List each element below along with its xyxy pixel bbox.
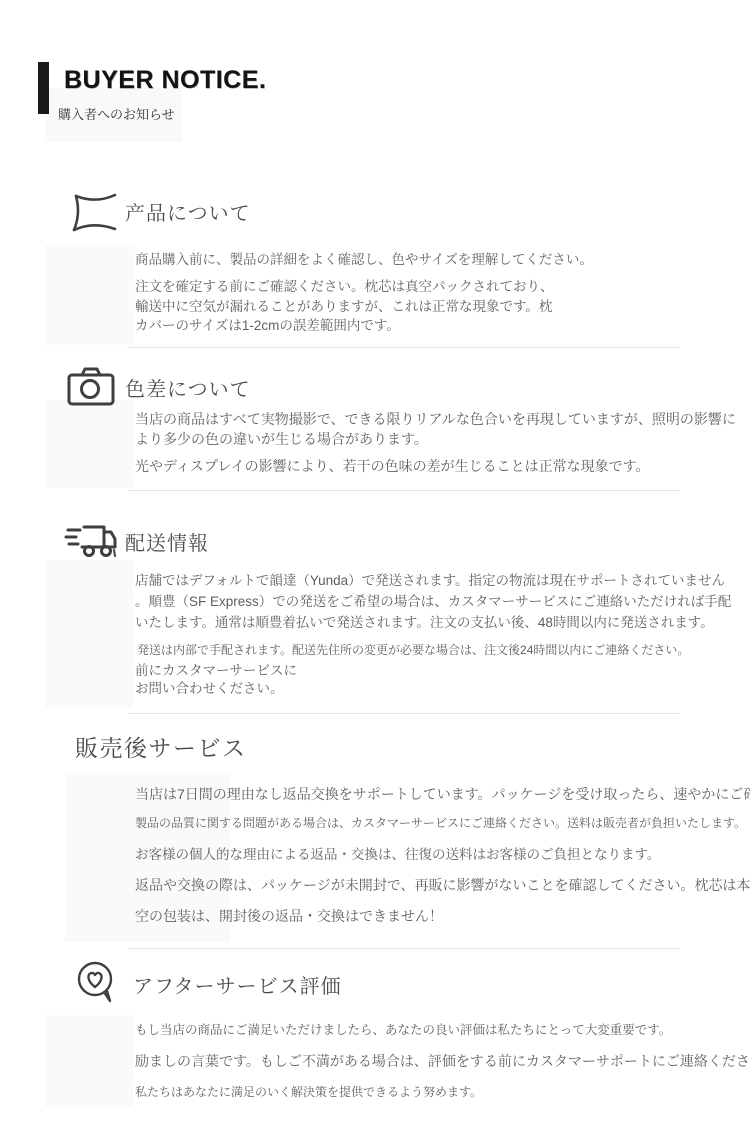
truck-icon — [64, 519, 120, 563]
paragraph: 店舗ではデフォルトで韻達（Yunda）で発送されます。指定の物流は現在サポートさ… — [135, 570, 731, 633]
paragraph: 当店は7日間の理由なし返品交換をサポートしています。パッケージを受け取ったら、速… — [135, 784, 750, 804]
section-title-shipping: 配送情報 — [125, 527, 209, 556]
paragraph: 私たちはあなたに満足のいく解決策を提供できるよう努めます。 — [135, 1084, 482, 1100]
pillow-icon — [69, 189, 119, 237]
section-divider — [128, 713, 680, 714]
paragraph: 注文を確定する前にご確認ください。枕芯は真空パックされており、 輸送中に空気が漏… — [135, 277, 554, 336]
paragraph: 空の包装は、開封後の返品・交換はできません！ — [135, 906, 443, 926]
camera-icon — [66, 366, 118, 408]
section-divider — [128, 948, 680, 949]
background-tint — [45, 400, 133, 488]
buyer-notice-page: BUYER NOTICE. 購入者へのお知らせ 产品について 商品購入前に、製品… — [0, 0, 750, 1144]
paragraph: お客様の個人的な理由による返品・交換は、往復の送料はお客様のご負担となります。 — [135, 845, 660, 865]
section-divider — [128, 347, 680, 348]
paragraph: 光やディスプレイの影響により、若干の色味の差が生じることは正常な現象です。 — [135, 456, 650, 476]
page-subtitle: 購入者へのお知らせ — [58, 104, 175, 123]
paragraph: 商品購入前に、製品の詳細をよく確認し、色やサイズを理解してください。 — [135, 250, 593, 270]
paragraph: 当店の商品はすべて実物撮影で、できる限りリアルな色合いを再現していますが、照明の… — [135, 409, 736, 449]
section-divider — [128, 490, 680, 491]
paragraph: もし当店の商品にご満足いただけましたら、あなたの良い評価は私たちにとって大変重要… — [135, 1022, 671, 1039]
paragraph: 返品や交換の際は、パッケージが未開封で、再販に影響がないことを確認してください。… — [135, 875, 750, 895]
section-title-color: 色差について — [125, 373, 251, 402]
header-accent-bar — [38, 62, 49, 114]
paragraph: 発送は内部で手配されます。配送先住所の変更が必要な場合は、注文後24時間以内にご… — [137, 642, 689, 658]
section-title-rating: アフターサービス評価 — [133, 970, 342, 999]
heart-chat-icon — [74, 960, 124, 1006]
section-title-product: 产品について — [125, 197, 251, 226]
background-tint — [45, 1015, 133, 1107]
page-title: BUYER NOTICE. — [64, 66, 266, 95]
background-tint — [45, 560, 133, 708]
paragraph: 励ましの言葉です。もしご不満がある場合は、評価をする前にカスタマーサポートにご連… — [135, 1051, 750, 1071]
paragraph: 前にカスタマーサービスに お問い合わせください。 — [135, 662, 297, 698]
background-tint — [45, 245, 135, 345]
paragraph: 製品の品質に関する問題がある場合は、カスタマーサービスにご連絡ください。送料は販… — [135, 815, 746, 831]
section-title-aftersale: 販売後サービス — [75, 730, 247, 763]
